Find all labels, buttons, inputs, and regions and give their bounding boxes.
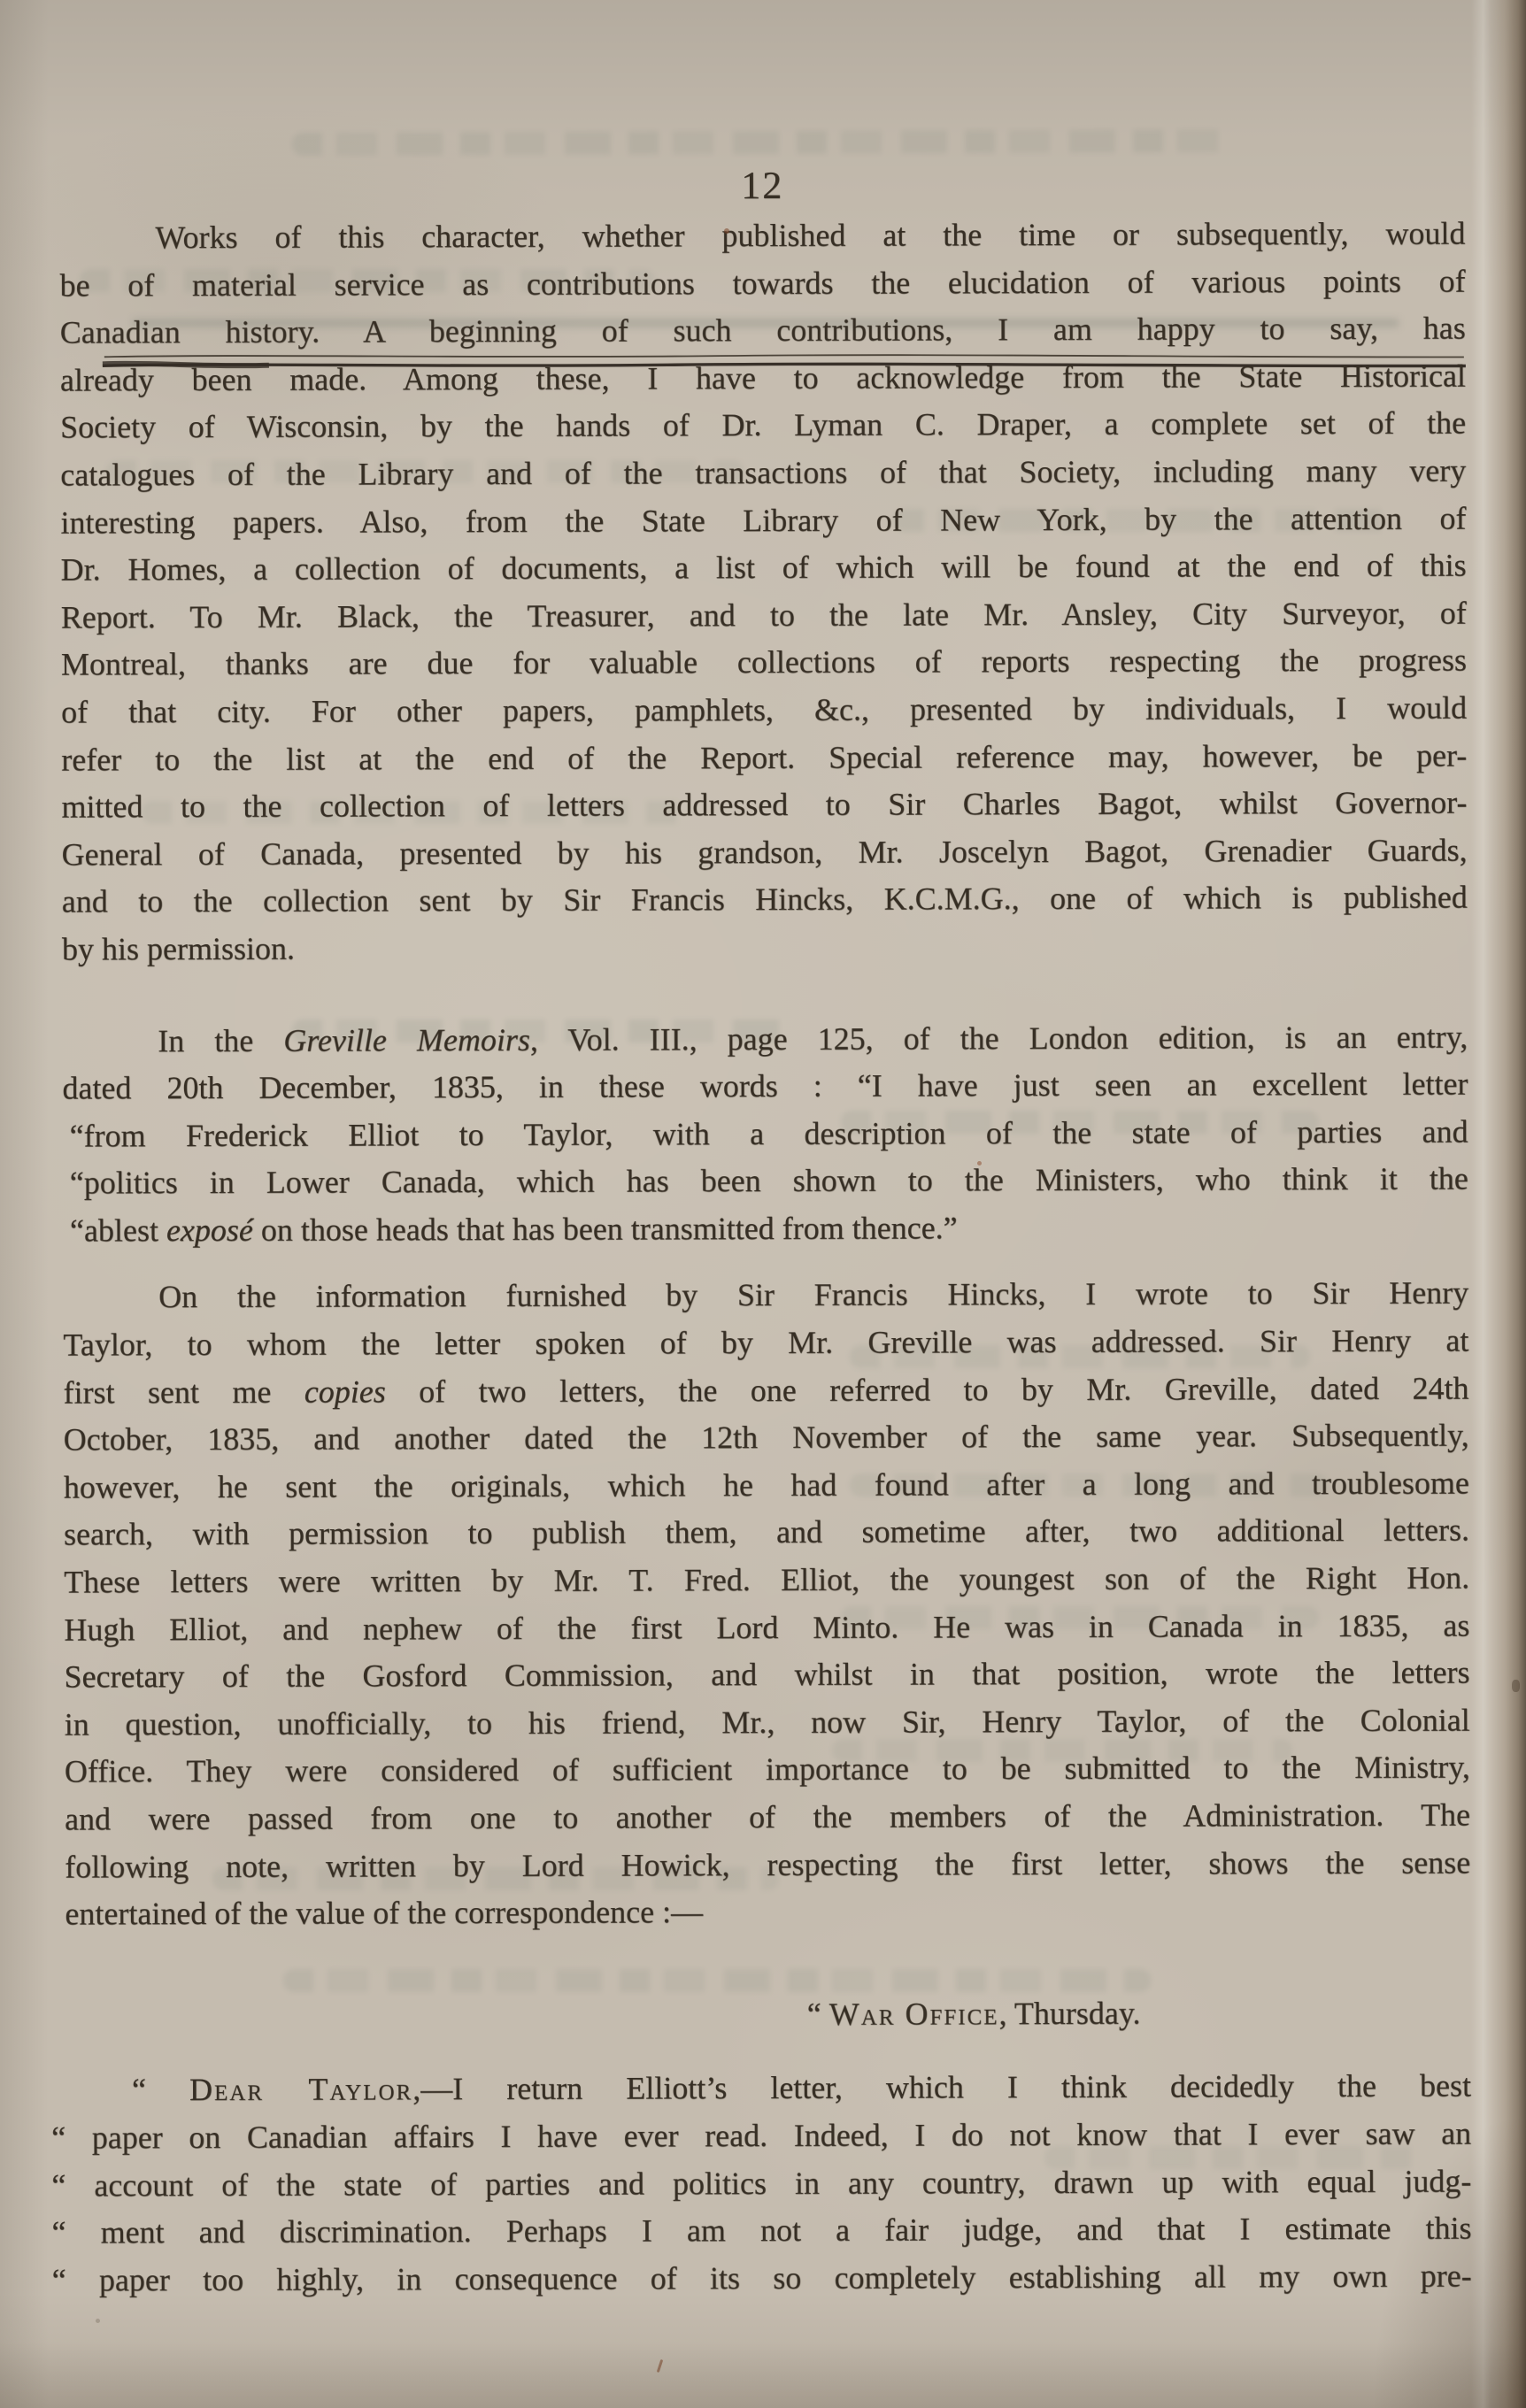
body-text: “ paper on Canadian affairs I have ever … [51, 2115, 1471, 2155]
italic-text: copies [304, 1373, 386, 1409]
italic-text: Greville Memoirs [283, 1021, 530, 1058]
body-text: Secretary of the Gosford Commission, and… [64, 1655, 1469, 1695]
text-line: be of material service as contributions … [60, 258, 1466, 310]
body-text: On the information furnished by Sir Fran… [158, 1275, 1468, 1315]
text-line: General of Canada, presented by his gran… [62, 827, 1468, 879]
text-line: “politics in Lower Canada, which has bee… [63, 1156, 1468, 1208]
book-page: 12 Works of this character, whether publ… [0, 0, 1526, 2408]
text-line: In the Greville Memoirs, Vol. III., page… [62, 1013, 1468, 1066]
body-text: by his permission. [62, 931, 295, 967]
body-text: Works of this character, whether publish… [155, 216, 1465, 256]
text-line: Report. To Mr. Black, the Treasurer, and… [61, 589, 1467, 642]
paragraph-acknowledgements: Works of this character, whether publish… [59, 211, 1468, 973]
ink-speck [724, 228, 729, 234]
text-line: and were passed from one to another of t… [65, 1791, 1470, 1843]
text-line: dated 20th December, 1835, in these word… [62, 1061, 1468, 1113]
body-text: Taylor, to whom the letter spoken of by … [63, 1323, 1468, 1363]
text-line: “from Frederick Elliot to Taylor, with a… [63, 1108, 1468, 1160]
body-text: “from Frederick Elliot to Taylor, with a… [70, 1113, 1468, 1153]
text-line: Taylor, to whom the letter spoken of by … [63, 1318, 1468, 1370]
body-text: refer to the list at the end of the Repo… [61, 737, 1467, 777]
text-line: in question, unofficially, to his friend… [65, 1696, 1470, 1749]
small-caps-text: Dear Taylor [189, 2072, 412, 2108]
page-number: 12 [59, 161, 1465, 211]
body-text: ,—I return Elliott’s letter, which I thi… [412, 2068, 1471, 2107]
body-text: “ ment and discrimination. Perhaps I am … [51, 2211, 1471, 2250]
text-line: Society of Wisconsin, by the hands of Dr… [60, 400, 1466, 452]
text-line: entertained of the value of the correspo… [65, 1887, 1470, 1939]
text-line: “ablest exposé on those heads that has b… [63, 1203, 1468, 1255]
body-text: in question, unofficially, to his friend… [65, 1702, 1470, 1742]
paragraph-greville-memoirs: In the Greville Memoirs, Vol. III., page… [62, 1013, 1468, 1255]
body-text: “politics in Lower Canada, which has bee… [70, 1161, 1468, 1201]
text-line: of that city. For other papers, pamphlet… [61, 684, 1467, 736]
text-line: Montreal, thanks are due for valuable co… [61, 637, 1467, 689]
body-text: catalogues of the Library and of the tra… [60, 452, 1466, 492]
text-line: refer to the list at the end of the Repo… [61, 732, 1467, 784]
body-text: “ [807, 1996, 829, 2032]
text-line: and to the collection sent by Sir Franci… [62, 874, 1468, 927]
text-line: already been made. Among these, I have t… [60, 352, 1466, 404]
text-line: Secretary of the Gosford Commission, and… [64, 1650, 1469, 1702]
paragraph-howick-note: “ Dear Taylor,—I return Elliott’s letter… [66, 2063, 1472, 2304]
ink-speck [977, 1161, 982, 1166]
body-text: of two letters, the one referred to by M… [386, 1370, 1469, 1409]
text-line: following note, written by Lord Howick, … [65, 1839, 1470, 1891]
text-line: catalogues of the Library and of the tra… [60, 447, 1466, 499]
text-line: On the information furnished by Sir Fran… [63, 1270, 1468, 1322]
body-text: Report. To Mr. Black, the Treasurer, and… [61, 595, 1467, 635]
body-text: interesting papers. Also, from the State… [60, 500, 1466, 540]
body-text: Dr. Homes, a collection of documents, a … [61, 548, 1467, 588]
text-block: Works of this character, whether publish… [59, 211, 1471, 2304]
text-line: first sent me copies of two letters, the… [63, 1365, 1468, 1417]
text-line: “ paper too highly, in consequence of it… [66, 2252, 1472, 2304]
body-text: of that city. For other papers, pamphlet… [61, 689, 1467, 729]
text-line: “ ment and discrimination. Perhaps I am … [66, 2205, 1471, 2258]
text-line: Dr. Homes, a collection of documents, a … [61, 542, 1467, 595]
text-line: “ paper on Canadian affairs I have ever … [66, 2110, 1471, 2162]
body-text: search, with permission to publish them,… [64, 1512, 1469, 1552]
body-text: already been made. Among these, I have t… [60, 358, 1466, 397]
body-text: dated 20th December, 1835, in these word… [62, 1066, 1468, 1106]
body-text: In the [158, 1022, 283, 1058]
text-line: Office. They were considered of sufficie… [65, 1744, 1470, 1796]
body-text: Montreal, thanks are due for valuable co… [61, 642, 1467, 682]
text-line: These letters were written by Mr. T. Fre… [64, 1555, 1469, 1607]
body-text: “ paper too highly, in consequence of it… [52, 2258, 1472, 2297]
page-content: 12 Works of this character, whether publ… [0, 0, 1526, 2408]
body-text: entertained of the value of the correspo… [65, 1894, 703, 1931]
page-edge-nick [1512, 1680, 1520, 1692]
text-line: search, with permission to publish them,… [64, 1507, 1469, 1559]
body-text: General of Canada, presented by his gran… [62, 832, 1468, 872]
body-text: “ [132, 2072, 189, 2107]
body-text: first sent me [63, 1373, 304, 1410]
body-text: October, 1835, and another dated the 12t… [64, 1418, 1469, 1458]
text-line: “ account of the state of parties and po… [66, 2158, 1471, 2210]
italic-text: exposé [166, 1212, 253, 1248]
body-text: Office. They were considered of sufficie… [65, 1750, 1470, 1789]
text-line: “ War Office, Thursday. [807, 1989, 1471, 2038]
text-line: by his permission. [62, 921, 1468, 973]
text-line: “ Dear Taylor,—I return Elliott’s letter… [66, 2063, 1471, 2115]
body-text: Hugh Elliot, and nephew of the first Lor… [64, 1607, 1469, 1647]
paragraph-dateline: “ War Office, Thursday. [66, 1989, 1471, 2041]
body-text: and were passed from one to another of t… [65, 1796, 1470, 1836]
text-line: however, he sent the originals, which he… [64, 1459, 1469, 1512]
body-text: following note, written by Lord Howick, … [65, 1844, 1470, 1884]
body-text: Canadian history. A beginning of such co… [60, 311, 1466, 350]
body-text: be of material service as contributions … [60, 263, 1466, 303]
text-line: interesting papers. Also, from the State… [60, 495, 1466, 547]
body-text: “ablest [70, 1212, 166, 1248]
text-line: Hugh Elliot, and nephew of the first Lor… [64, 1602, 1469, 1654]
body-text: Society of Wisconsin, by the hands of Dr… [60, 405, 1466, 445]
body-text: and to the collection sent by Sir Franci… [62, 880, 1468, 919]
text-line: October, 1835, and another dated the 12t… [64, 1412, 1469, 1465]
small-caps-text: War Office [829, 1996, 999, 2032]
body-text: however, he sent the originals, which he… [64, 1465, 1469, 1504]
body-text: “ account of the state of parties and po… [51, 2163, 1471, 2203]
paragraph-hincks-letters: On the information furnished by Sir Fran… [63, 1270, 1470, 1938]
text-line: Canadian history. A beginning of such co… [60, 305, 1466, 358]
body-text: , Vol. III., page 125, of the London edi… [530, 1019, 1468, 1057]
body-text: , Thursday. [998, 1995, 1140, 2031]
body-text: These letters were written by Mr. T. Fre… [64, 1560, 1469, 1600]
text-line: Works of this character, whether publish… [59, 211, 1465, 263]
ink-speck [96, 2319, 100, 2323]
body-text: mitted to the collection of letters addr… [61, 785, 1467, 825]
body-text: on those heads that has been transmitted… [253, 1210, 958, 1247]
text-line: mitted to the collection of letters addr… [61, 780, 1467, 832]
